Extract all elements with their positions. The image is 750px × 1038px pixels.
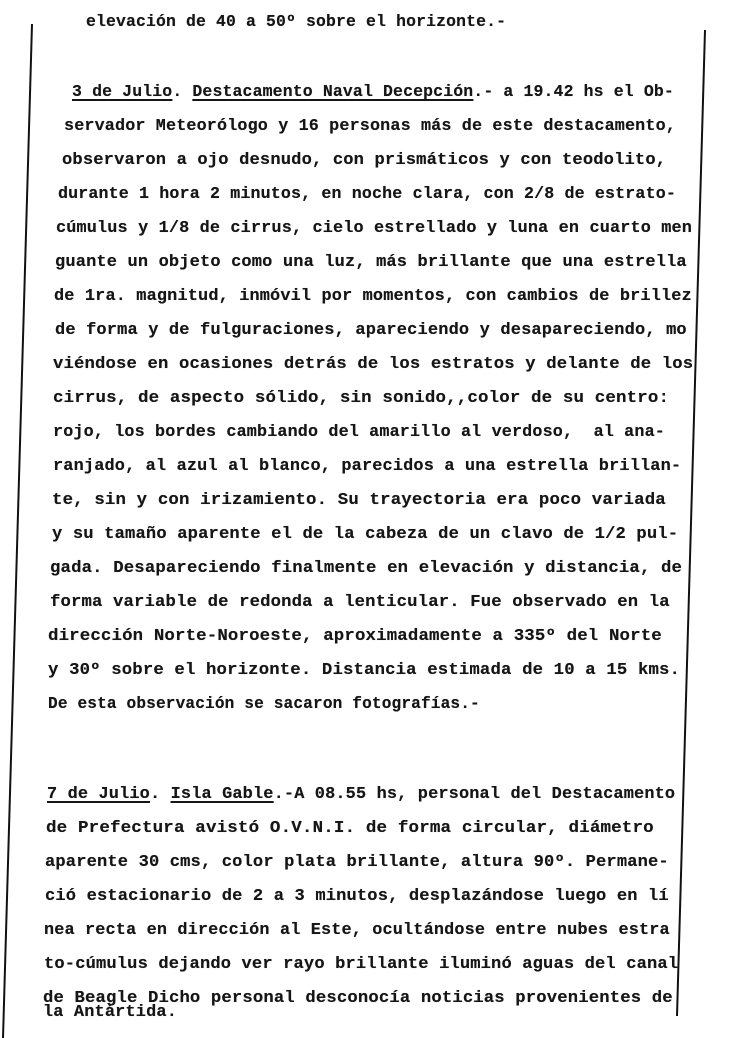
document-line: de 1ra. magnitud, inmóvil por momentos, …: [54, 286, 692, 306]
document-line: forma variable de redonda a lenticular. …: [50, 592, 670, 612]
document-line: nea recta en dirección al Este, ocultánd…: [44, 920, 670, 940]
right-margin-rule: [677, 30, 705, 1016]
document-line: ció estacionario de 2 a 3 minutos, despl…: [45, 886, 669, 906]
document-line: dirección Norte-Noroeste, aproximadament…: [48, 626, 662, 646]
underlined-heading: Destacamento Naval Decepción: [192, 83, 473, 101]
document-line: de Prefectura avistó O.V.N.I. de forma c…: [46, 818, 654, 838]
document-line: rojo, los bordes cambiando del amarillo …: [53, 422, 665, 442]
underlined-heading: 7 de Julio: [47, 785, 150, 803]
underlined-heading: 3 de Julio: [72, 83, 172, 101]
document-line: la Antártida.: [43, 1002, 177, 1022]
typewritten-document-page: elevación de 40 a 50º sobre el horizonte…: [0, 0, 750, 1038]
document-line: cirrus, de aspecto sólido, sin sonido,,c…: [53, 388, 669, 408]
document-line: elevación de 40 a 50º sobre el horizonte…: [86, 12, 506, 32]
document-line: y 30º sobre el horizonte. Distancia esti…: [48, 660, 680, 680]
document-line: viéndose en ocasiones detrás de los estr…: [53, 354, 693, 374]
document-line: to-cúmulus dejando ver rayo brillante il…: [44, 954, 678, 974]
document-line: y su tamaño aparente el de la cabeza de …: [52, 524, 678, 544]
left-margin-rule: [3, 24, 32, 1038]
line-text: .-A 08.55 hs, personal del Destacamento: [274, 785, 676, 803]
document-line: guante un objeto como una luz, más brill…: [55, 252, 687, 272]
document-line: gada. Desapareciendo finalmente en eleva…: [50, 558, 682, 578]
document-line: 3 de Julio. Destacamento Naval Decepción…: [72, 82, 674, 102]
document-line: servador Meteorólogo y 16 personas más d…: [64, 116, 676, 136]
line-text: .- a 19.42 hs el Ob-: [473, 83, 674, 101]
document-line: durante 1 hora 2 minutos, en noche clara…: [58, 184, 676, 204]
document-line: de forma y de fulguraciones, apareciendo…: [55, 320, 687, 340]
document-line: observaron a ojo desnudo, con prismático…: [62, 150, 666, 170]
document-line: aparente 30 cms, color plata brillante, …: [45, 852, 669, 872]
document-line: 7 de Julio. Isla Gable.-A 08.55 hs, pers…: [47, 784, 675, 804]
document-line: De esta observación se sacaron fotografí…: [48, 694, 480, 714]
line-text: .: [172, 83, 192, 101]
document-line: te, sin y con irizamiento. Su trayectori…: [52, 490, 666, 510]
document-line: ranjado, al azul al blanco, parecidos a …: [53, 456, 681, 476]
line-text: .: [150, 785, 171, 803]
document-line: cúmulus y 1/8 de cirrus, cielo estrellad…: [56, 218, 692, 238]
underlined-heading: Isla Gable: [171, 785, 274, 803]
